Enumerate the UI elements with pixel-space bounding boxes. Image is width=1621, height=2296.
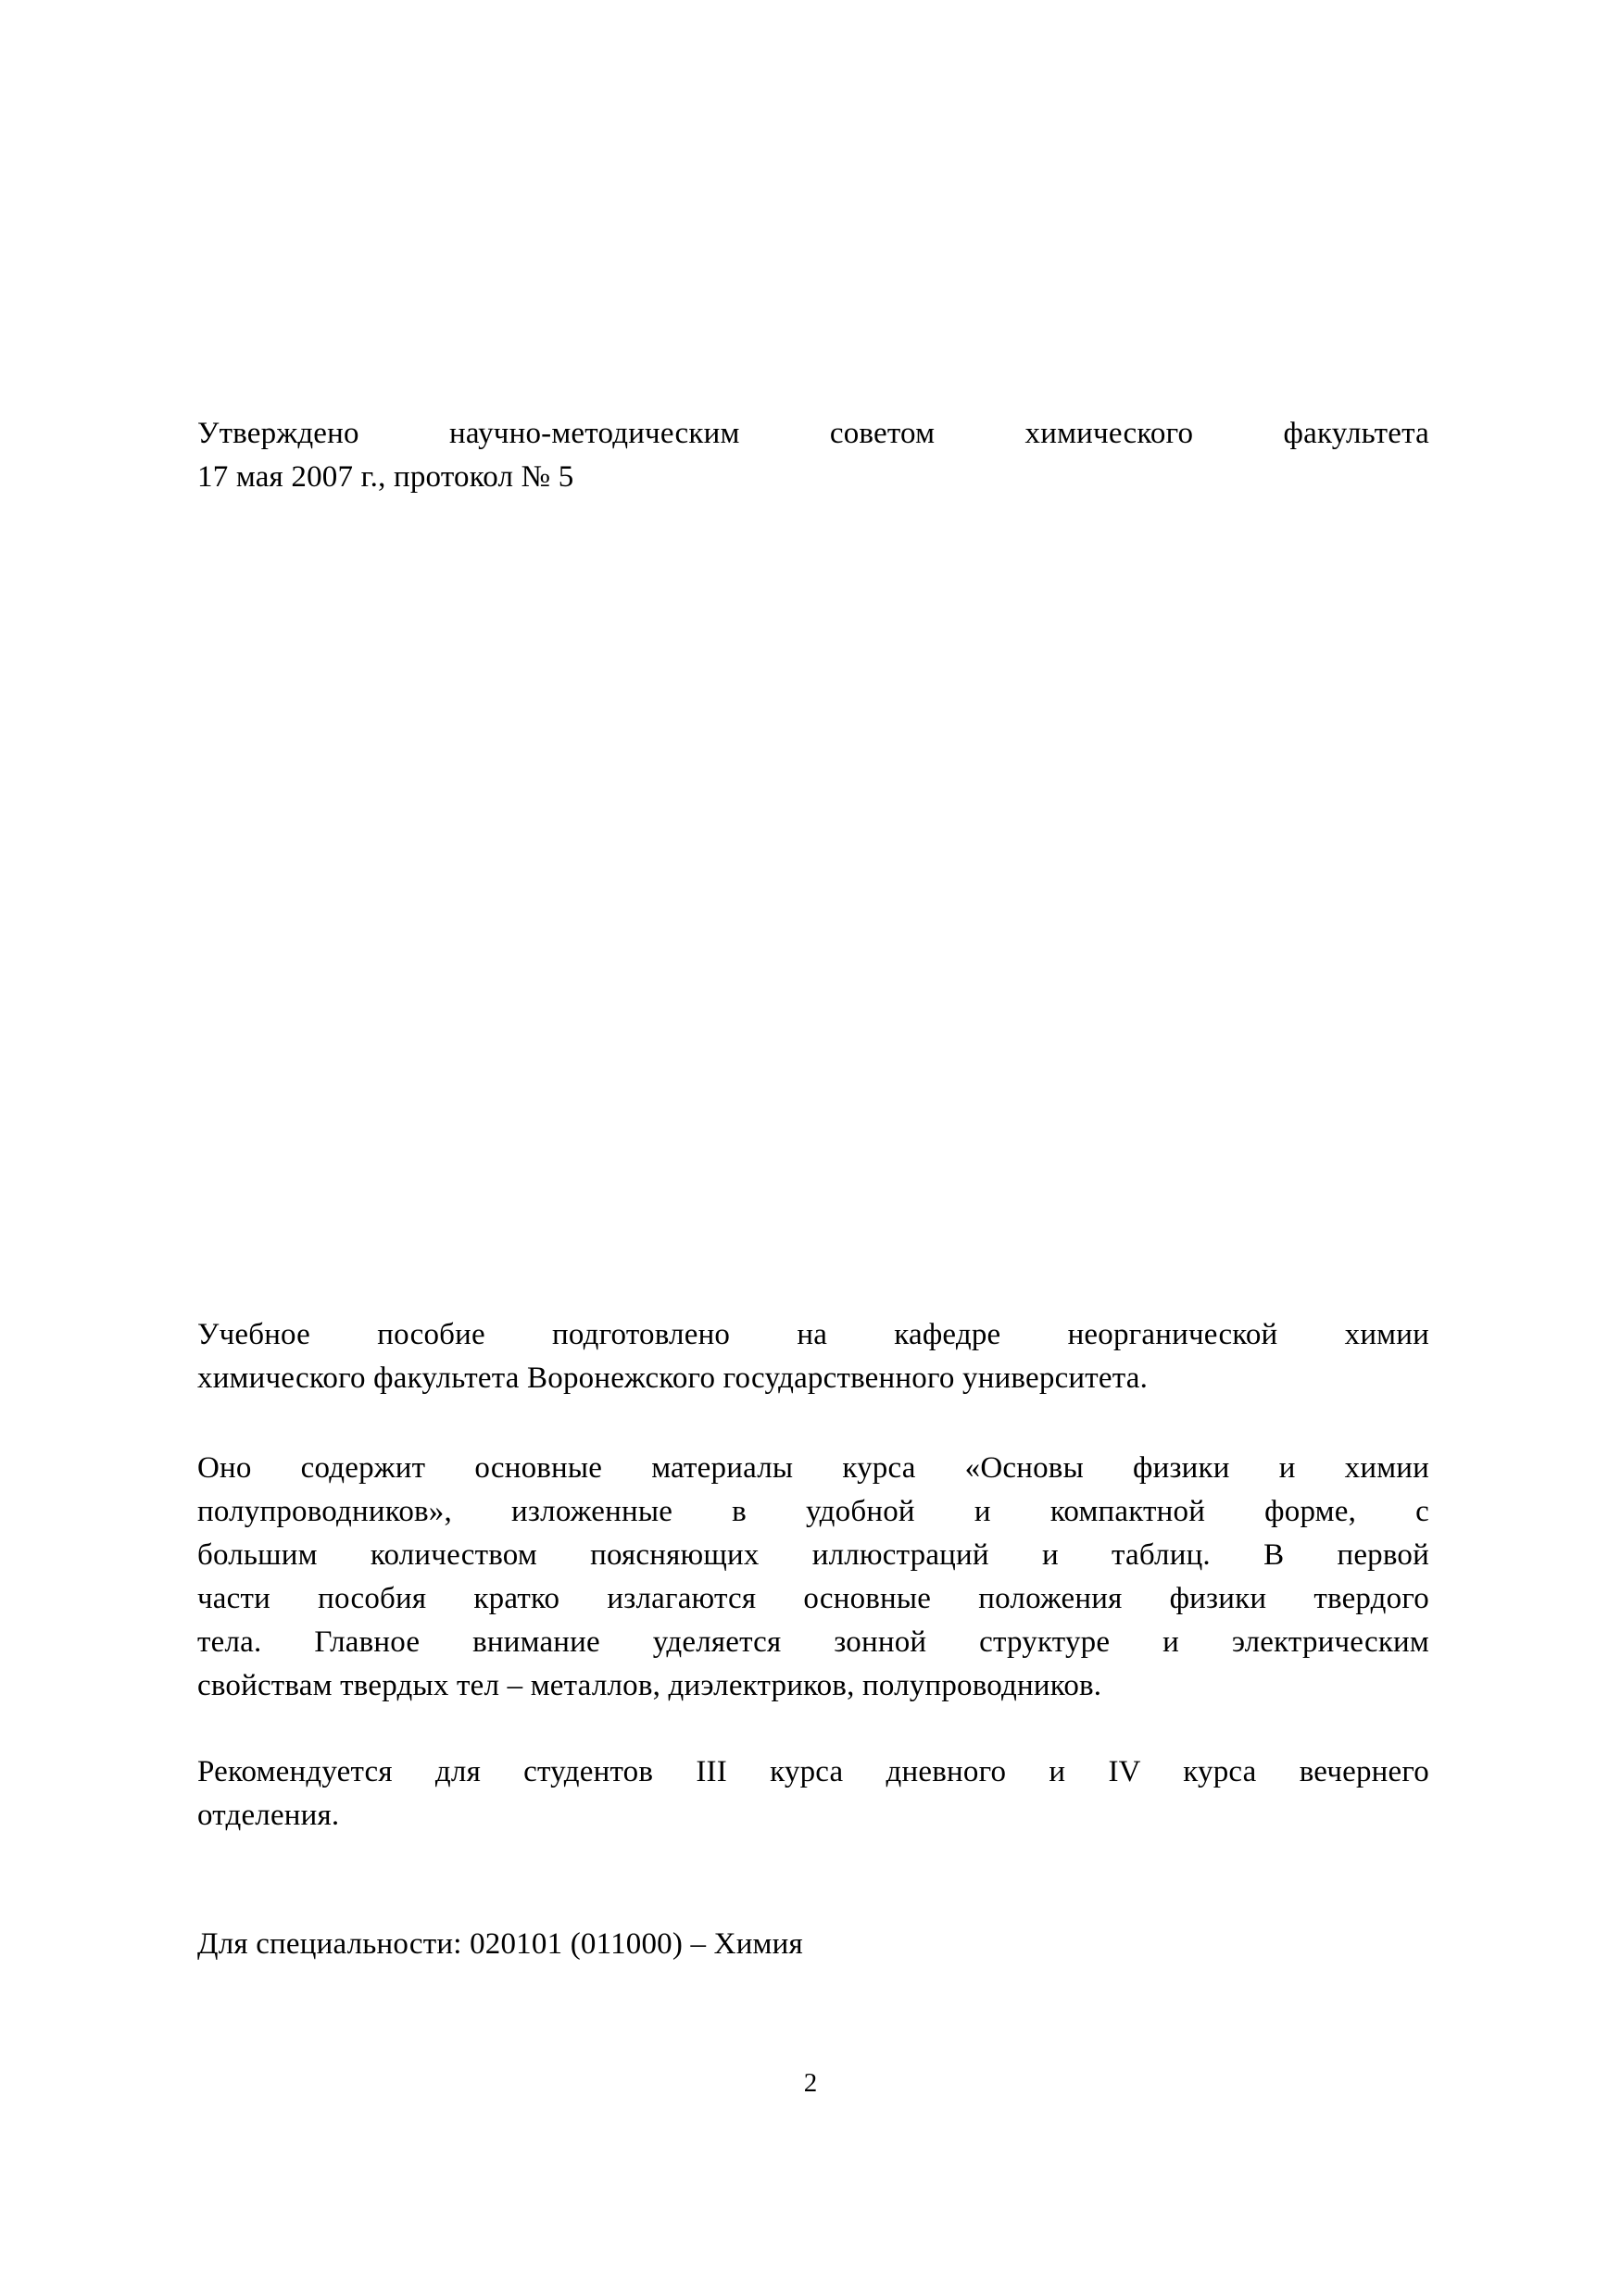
page-number: 2 <box>0 2066 1621 2100</box>
recommendation-line-1: Рекомендуется для студентов III курса дн… <box>197 1750 1429 1794</box>
approval-line-1: Утверждено научно-методическим советом х… <box>197 412 1429 456</box>
description-line-1: Оно содержит основные материалы курса «О… <box>197 1447 1429 1490</box>
prepared-paragraph: Учебное пособие подготовлено на кафедре … <box>197 1313 1429 1400</box>
description-paragraph: Оно содержит основные материалы курса «О… <box>197 1447 1429 1708</box>
prepared-line-1: Учебное пособие подготовлено на кафедре … <box>197 1313 1429 1357</box>
description-line-4: части пособия кратко излагаются основные… <box>197 1577 1429 1621</box>
description-line-5: тела. Главное внимание уделяется зонной … <box>197 1621 1429 1664</box>
recommendation-paragraph: Рекомендуется для студентов III курса дн… <box>197 1750 1429 1838</box>
approval-paragraph: Утверждено научно-методическим советом х… <box>197 412 1429 499</box>
document-page: Утверждено научно-методическим советом х… <box>0 0 1621 2296</box>
prepared-line-2: химического факультета Воронежского госу… <box>197 1357 1429 1400</box>
description-line-3: большим количеством поясняющих иллюстрац… <box>197 1534 1429 1577</box>
specialty-paragraph: Для специальности: 020101 (011000) – Хим… <box>197 1923 1429 1966</box>
recommendation-line-2: отделения. <box>197 1794 1429 1838</box>
specialty-line: Для специальности: 020101 (011000) – Хим… <box>197 1923 1429 1966</box>
approval-line-2: 17 мая 2007 г., протокол № 5 <box>197 456 1429 499</box>
description-line-2: полупроводников», изложенные в удобной и… <box>197 1490 1429 1534</box>
description-line-6: свойствам твердых тел – металлов, диэлек… <box>197 1664 1429 1708</box>
